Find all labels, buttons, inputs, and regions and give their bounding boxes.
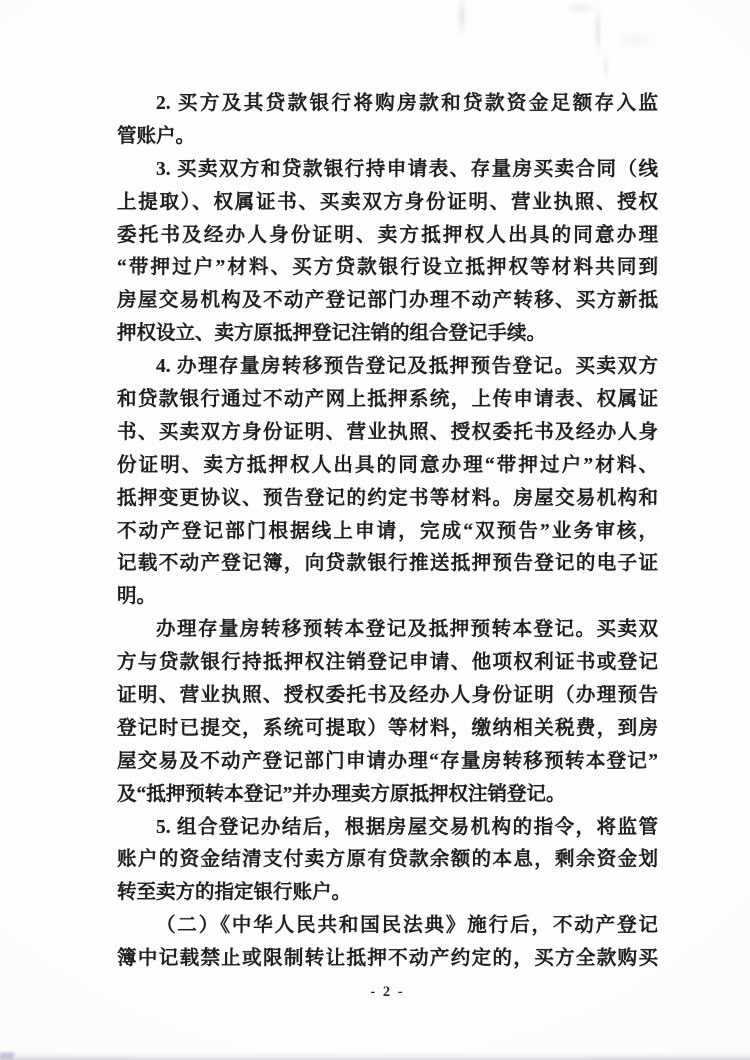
text-line: 委托书及经办人身份证明、卖方抵押权人出具的同意办理 <box>117 220 658 253</box>
text-line: 屋交易及不动产登记部门申请办理“存量房转移预转本登记” <box>117 746 658 779</box>
text-line: 押权设立、卖方原抵押登记注销的组合登记手续。 <box>117 318 658 351</box>
text-line: 证明、营业执照、授权委托书及经办人身份证明（办理预告 <box>117 680 658 713</box>
document-body: 2. 买方及其贷款银行将购房款和贷款资金足额存入监管账户。3. 买卖双方和贷款银… <box>117 88 658 976</box>
text-line: 5. 组合登记办结后，根据房屋交易机构的指令，将监管 <box>117 812 658 845</box>
document-page: 2. 买方及其贷款银行将购房款和贷款资金足额存入监管账户。3. 买卖双方和贷款银… <box>0 0 750 1060</box>
text-line: 书、买卖双方身份证明、营业执照、授权委托书及经办人身 <box>117 417 658 450</box>
scan-smudge <box>430 0 660 90</box>
text-line: 份证明、卖方抵押权人出具的同意办理“带押过户”材料、 <box>117 450 658 483</box>
text-line: 房屋交易机构及不动产登记部门办理不动产转移、买方新抵 <box>117 285 658 318</box>
text-line: 管账户。 <box>117 121 658 154</box>
text-line: “带押过户”材料、买方贷款银行设立抵押权等材料共同到 <box>117 252 658 285</box>
text-line: 和贷款银行通过不动产网上抵押系统，上传申请表、权属证 <box>117 384 658 417</box>
text-line: 登记时已提交，系统可提取）等材料，缴纳相关税费，到房 <box>117 713 658 746</box>
text-line: 3. 买卖双方和贷款银行持申请表、存量房买卖合同（线 <box>117 154 658 187</box>
text-line: 2. 买方及其贷款银行将购房款和贷款资金足额存入监 <box>117 88 658 121</box>
scan-corner-mark <box>0 1052 14 1059</box>
text-line: 记载不动产登记簿，向贷款银行推送抵押预告登记的电子证 <box>117 548 658 581</box>
text-line: 4. 办理存量房转移预告登记及抵押预告登记。买卖双方 <box>117 351 658 384</box>
text-line: 簿中记载禁止或限制转让抵押不动产约定的，买方全款购买 <box>117 943 658 976</box>
text-line: 明。 <box>117 581 658 614</box>
text-line: 办理存量房转移预转本登记及抵押预转本登记。买卖双 <box>117 614 658 647</box>
scan-edge-shadow <box>0 1052 750 1060</box>
text-line: 方与贷款银行持抵押权注销登记申请、他项权利证书或登记 <box>117 647 658 680</box>
text-line: 及“抵押预转本登记”并办理卖方原抵押权注销登记。 <box>117 779 658 812</box>
text-line: 抵押变更协议、预告登记的约定书等材料。房屋交易机构和 <box>117 483 658 516</box>
text-line: 不动产登记部门根据线上申请，完成“双预告”业务审核， <box>117 516 658 549</box>
page-number: - 2 - <box>117 977 658 1007</box>
text-line: （二）《中华人民共和国民法典》施行后，不动产登记 <box>117 910 658 943</box>
text-line: 上提取）、权属证书、买卖双方身份证明、营业执照、授权 <box>117 187 658 220</box>
text-line: 账户的资金结清支付卖方原有贷款余额的本息，剩余资金划 <box>117 844 658 877</box>
text-line: 转至卖方的指定银行账户。 <box>117 877 658 910</box>
